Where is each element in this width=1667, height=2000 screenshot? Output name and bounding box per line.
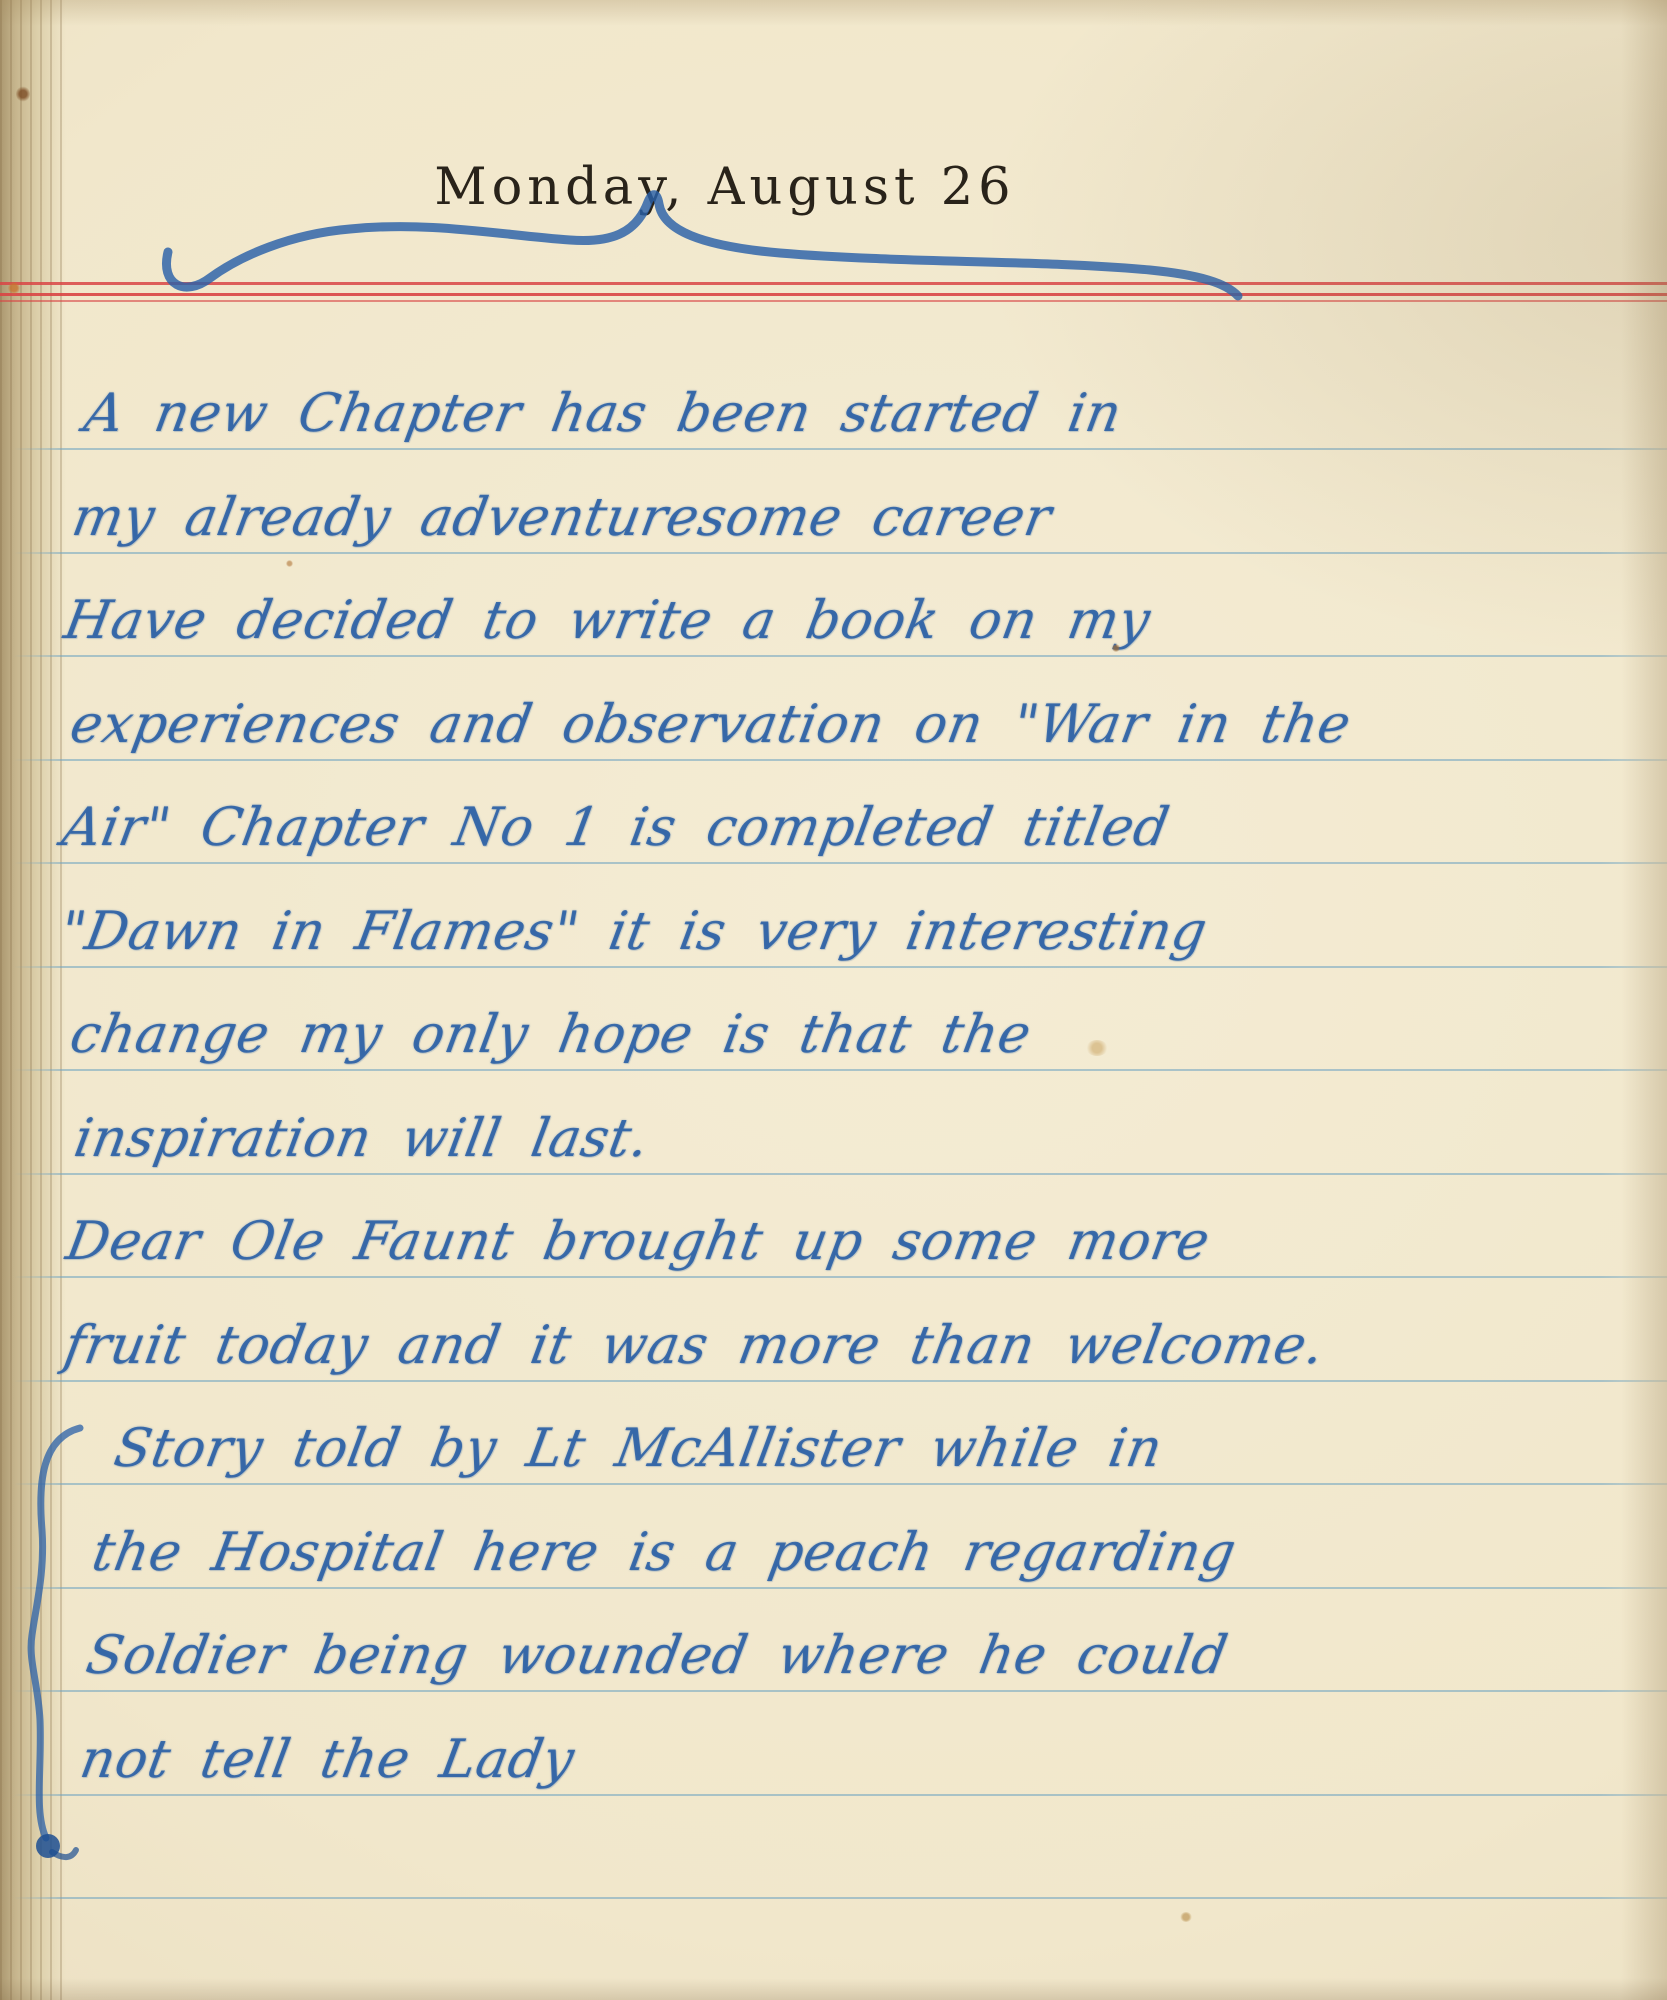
age-spot bbox=[1180, 1912, 1192, 1922]
handwriting-line: Soldier being wounded where he could bbox=[80, 1616, 1234, 1696]
handwriting-line: change my only hope is that the bbox=[64, 995, 1037, 1075]
handwriting-line: inspiration will last. bbox=[68, 1099, 655, 1179]
handwriting-line: Air" Chapter No 1 is completed titled bbox=[56, 788, 1175, 868]
handwriting-line: not tell the Lady bbox=[74, 1720, 581, 1800]
red-date-rule-bottom bbox=[0, 300, 1667, 302]
age-spot bbox=[1086, 1040, 1108, 1056]
handwriting-line: the Hospital here is a peach regarding bbox=[86, 1513, 1242, 1593]
red-date-rule-middle bbox=[0, 293, 1667, 296]
handwriting-line: my already adventuresome career bbox=[66, 478, 1058, 558]
handwriting-line: Dear Ole Faunt brought up some more bbox=[60, 1202, 1216, 1282]
handwriting-line: experiences and observation on "War in t… bbox=[64, 685, 1357, 765]
age-spot bbox=[286, 560, 293, 567]
handwriting-line: Have decided to write a book on my bbox=[58, 581, 1157, 661]
ruled-line bbox=[14, 1897, 1667, 1899]
handwriting-line: Story told by Lt McAllister while in bbox=[108, 1409, 1169, 1489]
handwriting-line: fruit today and it was more than welcome… bbox=[58, 1306, 1330, 1386]
printed-date-header: Monday, August 26 bbox=[0, 158, 1450, 217]
red-date-rule-top bbox=[0, 282, 1667, 285]
handwriting-line: A new Chapter has been started in bbox=[78, 374, 1128, 454]
handwriting-line: "Dawn in Flames" it is very interesting bbox=[54, 892, 1213, 972]
diary-page: Monday, August 26 A new Chapter has been… bbox=[0, 0, 1667, 2000]
